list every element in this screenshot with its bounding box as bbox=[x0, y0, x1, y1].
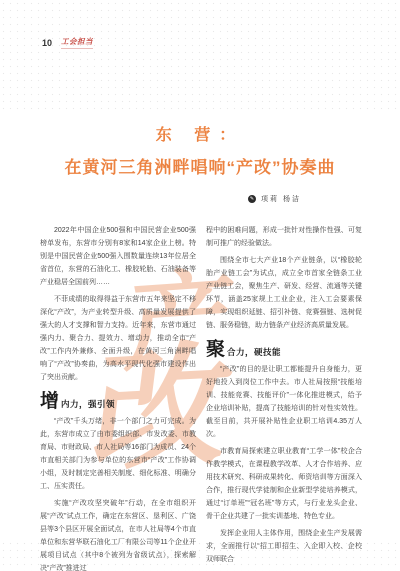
author-names: 项莉 杨洁 bbox=[261, 194, 301, 204]
paragraph: 围绕全市七大产业18个产业链条，以“橡胶轮胎产业链工会”为试点，成立全市首家全链… bbox=[206, 254, 362, 332]
article-body: 2022年中国企业500强和中国民营企业500强榜单发布，东营市分别有8家和14… bbox=[40, 224, 362, 571]
page-header: 10 工会担当 bbox=[42, 36, 93, 49]
section-heading-big-char: 增 bbox=[40, 392, 59, 411]
paragraph: 不菲成绩的取得得益于东营市五年来坚定不移深化“产改”，为产业转型升级、高质量发展… bbox=[40, 293, 196, 384]
magazine-page: 10 工会担当 产 改 东 营： 在黄河三角洲畔唱响“产改”协奏曲 ✎ 项莉 杨… bbox=[0, 0, 400, 571]
article-title: 东 营： 在黄河三角洲畔唱响“产改”协奏曲 bbox=[0, 122, 400, 178]
section-heading-big-char: 聚 bbox=[206, 340, 225, 359]
paragraph: 2022年中国企业500强和中国民营企业500强榜单发布，东营市分别有8家和14… bbox=[40, 224, 196, 289]
left-column: 2022年中国企业500强和中国民营企业500强榜单发布，东营市分别有8家和14… bbox=[40, 224, 196, 571]
page-number: 10 bbox=[42, 38, 52, 48]
section-heading-subtitle: 内力，强引领 bbox=[61, 398, 115, 410]
section-heading-ju: 聚 合力，硬技能 bbox=[206, 340, 362, 359]
byline: ✎ 项莉 杨洁 bbox=[248, 194, 301, 204]
title-line2: 在黄河三角洲畔唱响“产改”协奏曲 bbox=[0, 153, 400, 178]
right-column: 程中的困难问题，形成一批针对性操作性强、可复制可推广的经验做法。 围绕全市七大产… bbox=[206, 224, 362, 571]
section-heading-zeng: 增 内力，强引领 bbox=[40, 392, 196, 411]
paragraph: “产改”千头万绪，非一个部门之力可完成。为此，东营市成立了由市委组织部、市发改委… bbox=[40, 415, 196, 493]
paragraph: “产改”的目的是让职工都能提升自身能力，更好地投入到岗位工作中去。市人社局按照“… bbox=[206, 363, 362, 441]
title-line1: 东 营： bbox=[0, 122, 400, 145]
section-heading-subtitle: 合力，硬技能 bbox=[227, 346, 281, 358]
scan-texture-top bbox=[0, 0, 400, 112]
pen-icon: ✎ bbox=[248, 195, 256, 203]
magazine-section-logo: 工会担当 bbox=[61, 36, 93, 49]
paragraph: 发挥企业用人主体作用，围绕企业生产发展需求，全面推行以“招工即招生、入企即入校、… bbox=[206, 527, 362, 566]
paragraph: 市教育局探索建立职业教育“工学一体”校企合作教学模式，在课程教学改革、人才合作培… bbox=[206, 445, 362, 523]
paragraph: 实施“产改攻坚突破年”行动，在全市组织开展“产改”试点工作，确定在东营区、垦利区… bbox=[40, 497, 196, 571]
paragraph-continuation: 程中的困难问题，形成一批针对性操作性强、可复制可推广的经验做法。 bbox=[206, 224, 362, 250]
